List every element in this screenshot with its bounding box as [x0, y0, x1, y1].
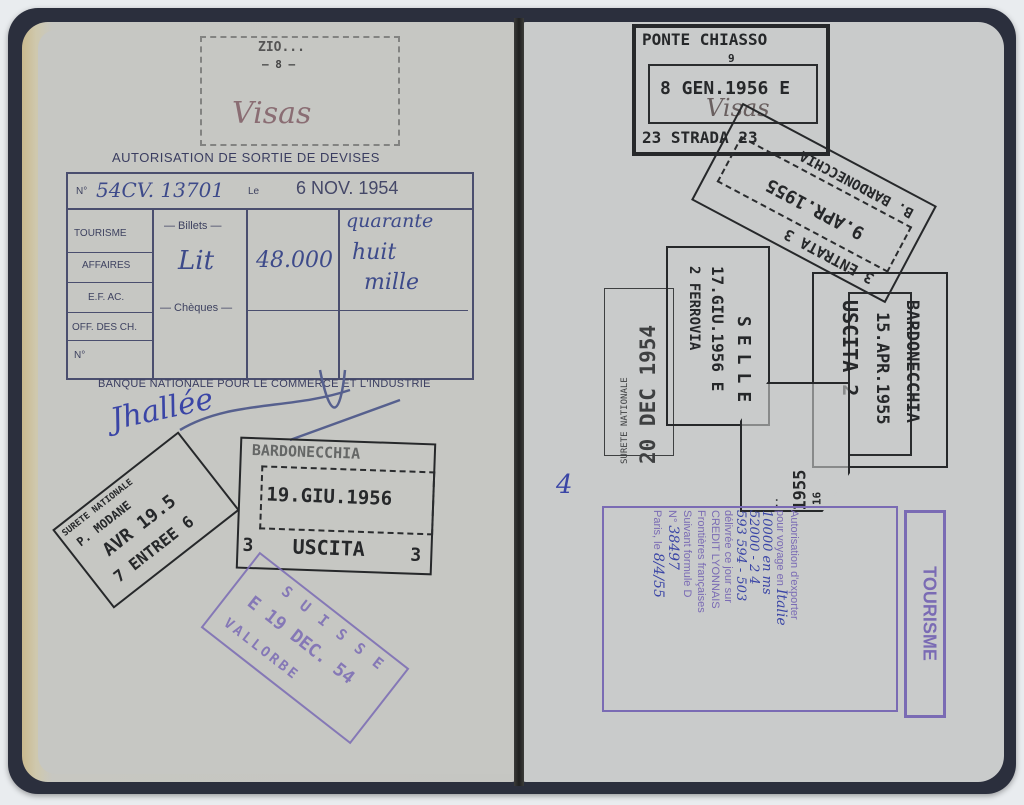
gutter: [514, 18, 524, 786]
row-label-0: TOURISME: [74, 228, 127, 239]
surete-vertical: SURETE NATIONALE 20 DEC 1954: [620, 294, 660, 464]
handwritten-amount-1: 52000 - 2 4: [747, 510, 760, 710]
surete-line-0: SURETE NATIONALE: [620, 294, 630, 464]
tourisme-label: TOURISME: [919, 554, 940, 674]
uscita-stamp: BARDONECCHIA 19.GIU.1956 3 USCITA 3: [236, 437, 436, 576]
row-line-3: [68, 312, 152, 313]
form-line-1: pour voyage en Italie: [773, 510, 787, 710]
row-label-1: AFFAIRES: [82, 260, 130, 271]
devises-title: AUTORISATION DE SORTIE DE DEVISES: [112, 150, 380, 165]
date-value: 6 NOV. 1954: [296, 178, 398, 199]
form-line-7: Paris, le 8/4/55: [650, 510, 665, 710]
uscita-right-num: 3: [410, 545, 422, 566]
tourisme-stamp: Autorisation d'exporter pour voyage en I…: [602, 506, 898, 712]
currency: Lit: [178, 246, 214, 276]
bardo-date: 15.APR.1955: [872, 300, 892, 500]
handwritten-amount-0: 10000 en ms: [760, 510, 773, 710]
amount-words-2: mille: [364, 270, 419, 295]
row-label-4: N°: [74, 350, 85, 361]
ink-mark: 4: [556, 470, 573, 500]
row-line-1: [68, 252, 152, 253]
uscita-left-num: 3: [242, 535, 254, 556]
uscita-header: BARDONECCHIA: [252, 441, 361, 463]
form-line-7-label: Paris, le: [651, 510, 663, 550]
modane-sortie-stamp: FERGENT... MODANE AVR 1955 SORTIE 16: [740, 382, 850, 512]
visas-title: Visas: [232, 96, 311, 131]
cheques-label: — Chèques —: [160, 302, 232, 314]
amount-col: [248, 208, 340, 378]
surete-date: 20 DEC 1954: [636, 294, 660, 464]
form-line-6: N° 38497: [665, 510, 680, 710]
row-label-3: OFF. DES CH.: [72, 322, 137, 333]
date-label: Le: [248, 186, 259, 197]
signature-scribble: [170, 360, 410, 450]
billets-col: [154, 208, 248, 378]
visas-header-stamp: ZIO... — 8 — Visas: [200, 36, 400, 146]
ferrovia-date: 17.GIU.1956 E: [708, 266, 727, 446]
amount: 48.000: [256, 248, 333, 273]
billets-label: — Billets —: [164, 220, 221, 232]
row-line-2: [68, 282, 152, 283]
number-label: N°: [76, 186, 87, 197]
visas-header-text: ZIO...: [258, 40, 305, 55]
handwritten-country: Italie: [773, 589, 789, 626]
bardo-place: BARDONECCHIA: [902, 300, 922, 500]
bardo-vertical: BARDONECCHIA 15.APR.1955 USCITA 2: [838, 300, 922, 500]
handwritten-number: 38497: [665, 525, 681, 570]
ferrovia-stamp: SELLE 17.GIU.1956 E 2 FERROVIA: [666, 246, 770, 426]
handwritten-amount-2: 593 594 - 503: [734, 510, 747, 710]
number-value: 54CV. 13701: [96, 178, 224, 202]
tourisme-form-left: CREDIT LYONNAIS Frontières françaises Su…: [626, 510, 722, 710]
row-label-2: E.F. AC.: [88, 292, 124, 303]
surete-stamp: SURETE NATIONALE 20 DEC 1954: [604, 288, 674, 456]
devises-form: N° 54CV. 13701 Le 6 NOV. 1954 TOURISME A…: [66, 172, 474, 380]
row-line-4: [68, 340, 152, 341]
page-number: — 8 —: [262, 58, 295, 71]
form-line-3: CREDIT LYONNAIS: [708, 510, 722, 710]
form-line-4: Frontières françaises: [694, 510, 708, 710]
page-number-value: 8: [275, 58, 282, 71]
amount-words-1: huit: [352, 240, 396, 265]
devises-header-row: N° 54CV. 13701 Le 6 NOV. 1954: [68, 174, 472, 210]
tourisme-label-box: TOURISME: [904, 510, 946, 718]
form-line-1-text: pour voyage en: [774, 510, 786, 586]
chiasso-header: PONTE CHIASSO: [642, 30, 767, 49]
handwritten-date: 8/4/55: [650, 553, 666, 598]
uscita-date: 19.GIU.1956: [266, 484, 393, 510]
amount-words-0: quarante: [346, 210, 433, 232]
form-line-6-label: N°: [666, 510, 678, 522]
form-line-5: Suivant formule D: [680, 510, 694, 710]
cheques-line: [248, 310, 468, 311]
form-line-2: délivrée ce jour sur: [721, 510, 734, 710]
uscita-label: USCITA: [292, 535, 365, 562]
ferrovia-label: 2 FERROVIA: [686, 266, 702, 446]
